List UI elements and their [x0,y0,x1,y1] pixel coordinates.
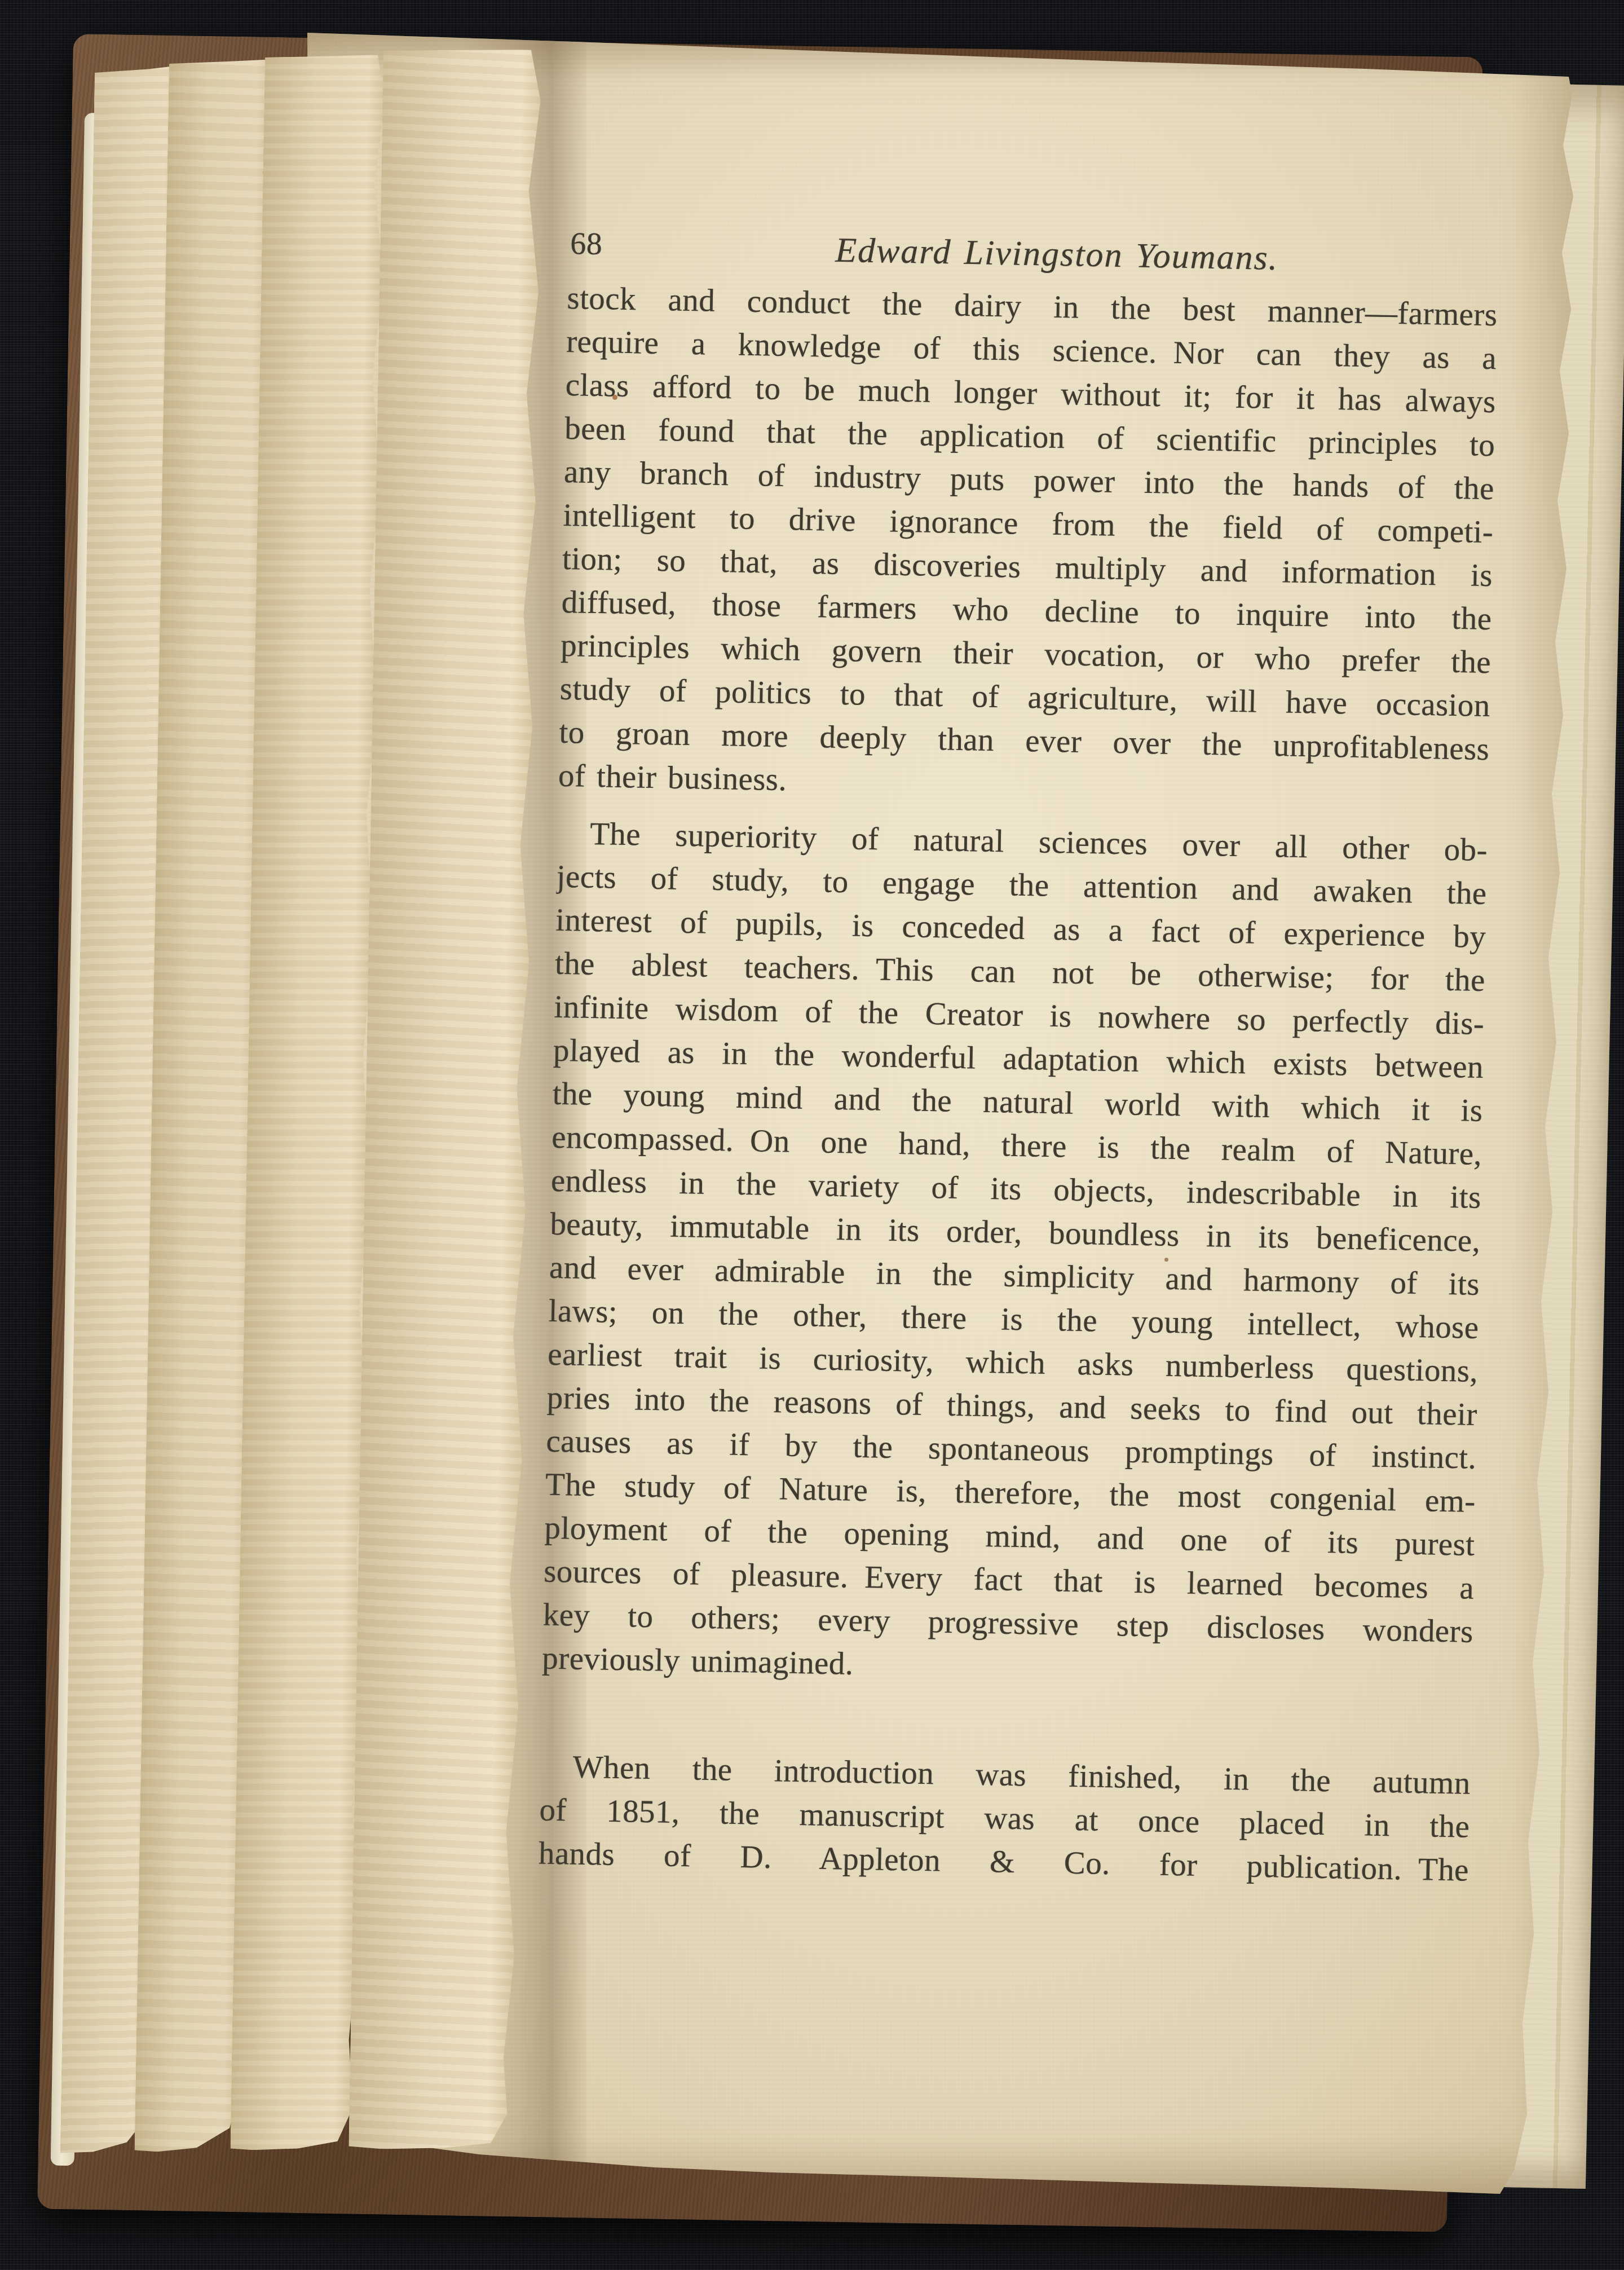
page-header: 68 Edward Livingston Youmans. [568,226,1499,286]
page-text: 68 Edward Livingston Youmans. stock and … [538,226,1498,1892]
paragraph: When the introduction was finished, in t… [538,1745,1471,1892]
running-header: Edward Livingston Youmans. [592,226,1522,283]
book-photo: 68 Edward Livingston Youmans. stock and … [0,0,1624,2270]
paragraph: stock and conduct the dairy in the best … [558,276,1498,814]
paragraph: The superiority of natural sciences over… [542,812,1488,1697]
